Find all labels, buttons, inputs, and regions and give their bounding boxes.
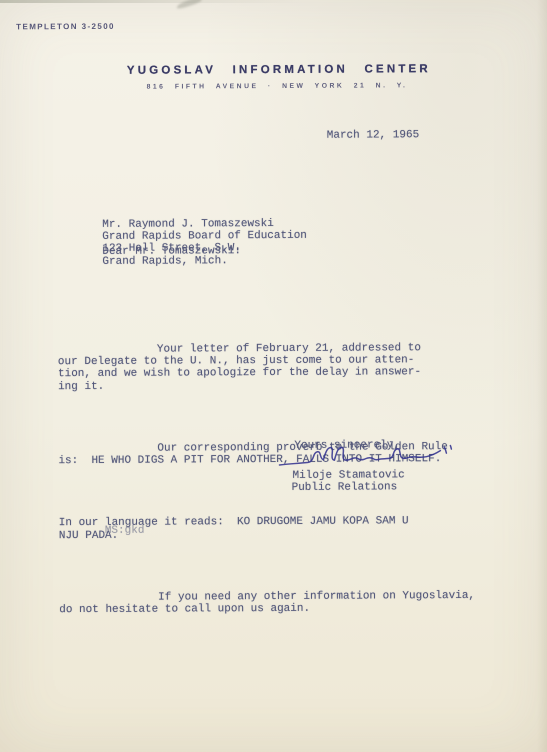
signer-name: Miloje Stamatovic — [292, 469, 404, 482]
typist-initials: MS:gkd — [105, 525, 145, 538]
letterhead-address: 816 FIFTH AVENUE · NEW YORK 21 N. Y. — [0, 82, 545, 92]
paragraph: If you need any other information on Yug… — [59, 553, 519, 617]
scanned-letter-page: TEMPLETON 3-2500 YUGOSLAV INFORMATION CE… — [0, 0, 547, 752]
body-line: ing it. — [58, 378, 518, 393]
body-line: do not hesitate to call upon us again. — [59, 602, 519, 617]
paragraph: Your letter of February 21, addressed to… — [58, 305, 518, 393]
salutation: Dear Mr. Tomaszewski: — [102, 245, 241, 258]
letter-date: March 12, 1965 — [327, 129, 419, 142]
letterhead-phone: TEMPLETON 3-2500 — [16, 22, 115, 32]
signer-title: Public Relations — [292, 481, 398, 494]
letterhead-title: YUGOSLAV INFORMATION CENTER — [0, 63, 545, 78]
